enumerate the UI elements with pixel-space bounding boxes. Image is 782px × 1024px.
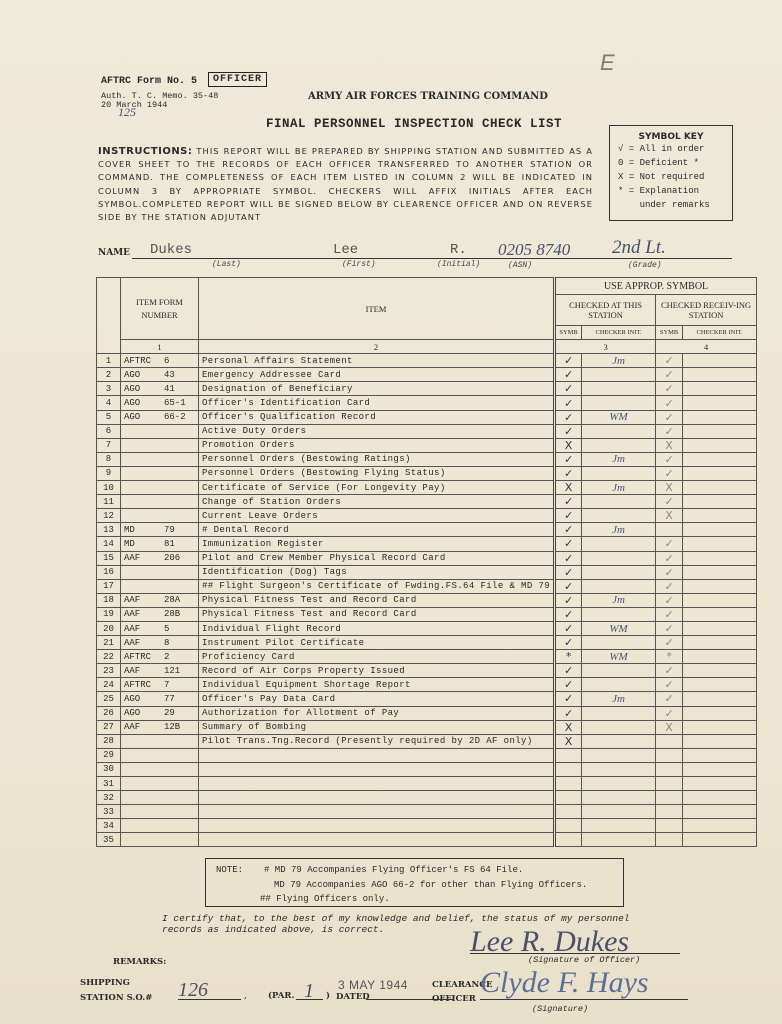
form-code: 28A (164, 595, 180, 605)
form-code: 8 (164, 638, 169, 648)
symbol-this-station[interactable] (555, 819, 582, 833)
checker-init-receiving-station[interactable] (683, 777, 757, 791)
checker-init-receiving-station[interactable] (683, 495, 757, 509)
checker-init-this-station[interactable] (582, 368, 656, 382)
symbol-this-station[interactable]: ✓ (555, 636, 582, 650)
col-number-3: 3 (555, 340, 656, 354)
symbol-receiving-station[interactable]: ✓ (656, 706, 683, 720)
item-cell: Officer's Identification Card (199, 396, 555, 410)
symbol-receiving-station[interactable] (656, 805, 683, 819)
symbol-receiving-station[interactable]: ✓ (656, 678, 683, 692)
form-number-cell (121, 791, 199, 805)
form-number-cell (121, 565, 199, 579)
symbol-this-station[interactable]: X (555, 720, 582, 734)
checker-init-this-station[interactable] (582, 382, 656, 396)
checker-init-receiving-station[interactable] (683, 791, 757, 805)
checker-init-receiving-station[interactable] (683, 650, 757, 664)
form-prefix: AGO (124, 708, 164, 718)
checker-init-this-station[interactable] (582, 466, 656, 480)
form-prefix: AGO (124, 370, 164, 380)
symbol-receiving-station[interactable]: ✓ (656, 537, 683, 551)
dated-value[interactable]: 3 MAY 1944 (338, 978, 408, 992)
symbol-this-station[interactable]: ✓ (555, 452, 582, 466)
symbol-receiving-station[interactable] (656, 777, 683, 791)
table-row: 17## Flight Surgeon's Certificate of Fwd… (97, 579, 757, 593)
symbol-receiving-station[interactable]: ✓ (656, 424, 683, 438)
checker-init-this-station[interactable] (582, 748, 656, 762)
symbol-receiving-station[interactable]: ✓ (656, 636, 683, 650)
officer-signature-caption: (Signature of Officer) (528, 955, 640, 965)
symbol-this-station[interactable]: ✓ (555, 607, 582, 621)
checker-init-this-station[interactable] (582, 805, 656, 819)
name-first[interactable]: Lee (333, 242, 358, 258)
symbol-receiving-station[interactable]: ✓ (656, 466, 683, 480)
symbol-this-station[interactable]: ✓ (555, 466, 582, 480)
checker-init-this-station[interactable] (582, 819, 656, 833)
item-cell: Officer's Qualification Record (199, 410, 555, 424)
table-row: 13MD79# Dental Record✓Jm (97, 523, 757, 537)
form-number-cell (121, 777, 199, 791)
checker-init-this-station[interactable] (582, 720, 656, 734)
last-caption: (Last) (212, 260, 241, 269)
checker-init-receiving-station[interactable] (683, 678, 757, 692)
form-prefix: AAF (124, 553, 164, 563)
form-code: 29 (164, 708, 175, 718)
symbol-this-station[interactable]: ✓ (555, 692, 582, 706)
note-line-2: MD 79 Accompanies AGO 66-2 for other tha… (274, 878, 587, 893)
checker-init-receiving-station[interactable] (683, 466, 757, 480)
item-cell: Physical Fitness Test and Record Card (199, 593, 555, 607)
checker-init-this-station[interactable]: Jm (582, 692, 656, 706)
symbol-receiving-station[interactable]: ✓ (656, 551, 683, 565)
form-prefix: AFTRC (124, 356, 164, 366)
symbol-this-station[interactable] (555, 791, 582, 805)
symbol-receiving-station[interactable]: ✓ (656, 495, 683, 509)
table-row: 20AAF5Individual Flight Record✓WM✓ (97, 621, 757, 635)
form-code: 7 (164, 680, 169, 690)
symbol-receiving-station[interactable]: X (656, 509, 683, 523)
form-number-cell: AFTRC6 (121, 354, 199, 368)
symbol-this-station[interactable]: ✓ (555, 621, 582, 635)
checker-init-this-station[interactable] (582, 678, 656, 692)
symbol-receiving-station[interactable] (656, 523, 683, 537)
symbol-receiving-station[interactable]: * (656, 650, 683, 664)
symbol-this-station[interactable]: ✓ (555, 424, 582, 438)
table-row: 7Promotion OrdersXX (97, 438, 757, 452)
form-prefix: AAF (124, 722, 164, 732)
form-code: 2 (164, 652, 169, 662)
item-cell: Physical Fitness Test and Record Card (199, 607, 555, 621)
row-number: 1 (97, 354, 121, 368)
row-number: 23 (97, 664, 121, 678)
note-line-3: ## Flying Officers only. (260, 892, 390, 907)
form-prefix: AAF (124, 609, 164, 619)
checker-init-this-station[interactable] (582, 565, 656, 579)
table-row: 27AAF12BSummary of BombingXX (97, 720, 757, 734)
header-symb-4: SYMB (656, 326, 683, 340)
symbol-this-station[interactable]: ✓ (555, 537, 582, 551)
symbol-this-station[interactable] (555, 748, 582, 762)
grade-caption: (Grade) (628, 261, 662, 270)
checker-init-receiving-station[interactable] (683, 734, 757, 748)
row-number: 14 (97, 537, 121, 551)
form-number-cell: AAF121 (121, 664, 199, 678)
symbol-this-station[interactable]: ✓ (555, 523, 582, 537)
officer-signature-line (470, 953, 680, 954)
item-cell: Summary of Bombing (199, 720, 555, 734)
symbol-this-station[interactable]: ✓ (555, 678, 582, 692)
par-label: (PAR. (268, 991, 294, 1001)
checker-init-receiving-station[interactable] (683, 692, 757, 706)
symbol-this-station[interactable]: ✓ (555, 495, 582, 509)
checker-init-this-station[interactable] (582, 537, 656, 551)
header-checker-init-4: CHECKER INIT. (683, 326, 757, 340)
checker-init-receiving-station[interactable] (683, 706, 757, 720)
checker-init-this-station[interactable] (582, 495, 656, 509)
symbol-this-station[interactable]: ✓ (555, 396, 582, 410)
symbol-key: SYMBOL KEY √ = All in order 0 = Deficien… (609, 125, 733, 221)
symbol-receiving-station[interactable]: ✓ (656, 692, 683, 706)
symbol-this-station[interactable]: ✓ (555, 509, 582, 523)
checker-init-this-station[interactable] (582, 762, 656, 776)
checker-init-receiving-station[interactable] (683, 424, 757, 438)
checker-init-this-station[interactable] (582, 607, 656, 621)
item-cell (199, 805, 555, 819)
clearance-signature-caption: (Signature) (532, 1004, 588, 1014)
table-row: 31 (97, 777, 757, 791)
checker-init-receiving-station[interactable] (683, 537, 757, 551)
col-number-2: 2 (199, 340, 555, 354)
form-code: 12B (164, 722, 180, 732)
form-code: 28B (164, 609, 180, 619)
row-number: 2 (97, 368, 121, 382)
header-checker-init-3: CHECKER INIT. (582, 326, 656, 340)
checker-init-this-station[interactable]: WM (582, 650, 656, 664)
item-cell: Promotion Orders (199, 438, 555, 452)
symbol-receiving-station[interactable] (656, 791, 683, 805)
checker-init-receiving-station[interactable] (683, 579, 757, 593)
item-cell: Officer's Pay Data Card (199, 692, 555, 706)
symbol-receiving-station[interactable]: ✓ (656, 565, 683, 579)
row-number: 9 (97, 466, 121, 480)
form-code: 77 (164, 694, 175, 704)
table-row: 6Active Duty Orders✓✓ (97, 424, 757, 438)
symbol-receiving-station[interactable]: ✓ (656, 593, 683, 607)
form-number-cell: AAF5 (121, 621, 199, 635)
checker-init-receiving-station[interactable] (683, 819, 757, 833)
form-prefix: AAF (124, 638, 164, 648)
table-row: 14MD81Immunization Register✓✓ (97, 537, 757, 551)
page-title: FINAL PERSONNEL INSPECTION CHECK LIST (266, 117, 562, 131)
table-row: 23AAF121Record of Air Corps Property Iss… (97, 664, 757, 678)
symbol-receiving-station[interactable]: ✓ (656, 354, 683, 368)
symbol-receiving-station[interactable]: ✓ (656, 664, 683, 678)
symbol-receiving-station[interactable]: ✓ (656, 621, 683, 635)
symbol-receiving-station[interactable] (656, 762, 683, 776)
item-cell: Immunization Register (199, 537, 555, 551)
checker-init-this-station[interactable] (582, 438, 656, 452)
row-number: 16 (97, 565, 121, 579)
checker-init-this-station[interactable] (582, 706, 656, 720)
checker-init-this-station[interactable]: WM (582, 621, 656, 635)
checker-init-this-station[interactable]: WM (582, 410, 656, 424)
symbol-receiving-station[interactable]: ✓ (656, 368, 683, 382)
symbol-receiving-station[interactable] (656, 734, 683, 748)
checker-init-this-station[interactable] (582, 734, 656, 748)
certification-line-1: I certify that, to the best of my knowle… (162, 913, 629, 924)
checker-init-this-station[interactable]: Jm (582, 354, 656, 368)
instructions: INSTRUCTIONS: THIS REPORT WILL BE PREPAR… (98, 145, 593, 224)
row-number: 6 (97, 424, 121, 438)
item-cell (199, 833, 555, 847)
note-box: NOTE: # MD 79 Accompanies Flying Officer… (205, 858, 624, 907)
checker-init-receiving-station[interactable] (683, 833, 757, 847)
checker-init-this-station[interactable]: Jm (582, 593, 656, 607)
symbol-this-station[interactable] (555, 805, 582, 819)
form-code: 79 (164, 525, 175, 535)
symbol-key-row: X = Not required (618, 170, 732, 184)
checker-init-receiving-station[interactable] (683, 382, 757, 396)
form-code: 121 (164, 666, 180, 676)
comma: , (244, 991, 247, 1001)
checker-init-this-station[interactable] (582, 664, 656, 678)
checker-init-receiving-station[interactable] (683, 438, 757, 452)
table-row: 8Personnel Orders (Bestowing Ratings)✓Jm… (97, 452, 757, 466)
symbol-this-station[interactable]: ✓ (555, 410, 582, 424)
checker-init-receiving-station[interactable] (683, 452, 757, 466)
checker-init-receiving-station[interactable] (683, 410, 757, 424)
checker-init-this-station[interactable] (582, 424, 656, 438)
form-number-cell: AFTRC2 (121, 650, 199, 664)
par-close: ) (326, 991, 330, 1001)
form-number-cell (121, 748, 199, 762)
row-number: 7 (97, 438, 121, 452)
symbol-this-station[interactable]: ✓ (555, 664, 582, 678)
item-cell: Record of Air Corps Property Issued (199, 664, 555, 678)
table-row: 10Certificate of Service (For Longevity … (97, 481, 757, 495)
symbol-receiving-station[interactable]: ✓ (656, 579, 683, 593)
shipping-label-1: SHIPPING (80, 976, 152, 991)
form-number-cell: AGO65-1 (121, 396, 199, 410)
table-row: 28Pilot Trans.Tng.Record (Presently requ… (97, 734, 757, 748)
header-blank (97, 278, 121, 354)
symbol-receiving-station[interactable]: ✓ (656, 607, 683, 621)
checker-init-receiving-station[interactable] (683, 621, 757, 635)
symbol-key-row: under remarks (618, 198, 732, 212)
name-grade[interactable]: 2nd Lt. (612, 237, 666, 259)
officer-tag: OFFICER (208, 72, 267, 87)
item-cell: Emergency Addressee Card (199, 368, 555, 382)
symbol-receiving-station[interactable] (656, 748, 683, 762)
checker-init-this-station[interactable]: Jm (582, 523, 656, 537)
clearance-signature[interactable]: Clyde F. Hays (480, 966, 649, 1000)
form-number-cell (121, 424, 199, 438)
form-number-cell (121, 819, 199, 833)
checker-init-receiving-station[interactable] (683, 523, 757, 537)
row-number: 10 (97, 481, 121, 495)
symbol-receiving-station[interactable] (656, 833, 683, 847)
form-code: 81 (164, 539, 175, 549)
form-number-cell (121, 762, 199, 776)
row-number: 26 (97, 706, 121, 720)
item-cell: Instrument Pilot Certificate (199, 636, 555, 650)
shipping-label: SHIPPING STATION S.O.# (80, 976, 152, 1006)
form-number-cell: AAF28B (121, 607, 199, 621)
symbol-this-station[interactable]: ✓ (555, 368, 582, 382)
so-number-line (178, 999, 241, 1000)
symbol-receiving-station[interactable]: X (656, 720, 683, 734)
form-number-cell: AGO41 (121, 382, 199, 396)
row-number: 13 (97, 523, 121, 537)
table-row: 33 (97, 805, 757, 819)
symbol-key-title: SYMBOL KEY (610, 132, 732, 142)
form-number-cell: AGO66-2 (121, 410, 199, 424)
table-row: 35 (97, 833, 757, 847)
checker-init-receiving-station[interactable] (683, 354, 757, 368)
symbol-this-station[interactable]: ✓ (555, 354, 582, 368)
checker-init-receiving-station[interactable] (683, 481, 757, 495)
row-number: 35 (97, 833, 121, 847)
checker-init-receiving-station[interactable] (683, 565, 757, 579)
checker-init-receiving-station[interactable] (683, 551, 757, 565)
form-code: 206 (164, 553, 180, 563)
item-cell: Personnel Orders (Bestowing Ratings) (199, 452, 555, 466)
symbol-this-station[interactable] (555, 762, 582, 776)
item-cell (199, 762, 555, 776)
clearance-signature-line (480, 999, 688, 1000)
symbol-this-station[interactable]: ✓ (555, 706, 582, 720)
symbol-this-station[interactable]: ✓ (555, 551, 582, 565)
row-number: 32 (97, 791, 121, 805)
row-number: 20 (97, 621, 121, 635)
checker-init-this-station[interactable] (582, 509, 656, 523)
symbol-receiving-station[interactable] (656, 819, 683, 833)
checker-init-receiving-station[interactable] (683, 593, 757, 607)
name-initial[interactable]: R. (450, 242, 467, 258)
item-cell (199, 748, 555, 762)
item-cell: Personal Affairs Statement (199, 354, 555, 368)
row-number: 11 (97, 495, 121, 509)
form-number-cell: MD81 (121, 537, 199, 551)
symbol-this-station[interactable]: ✓ (555, 593, 582, 607)
symbol-receiving-station[interactable]: ✓ (656, 396, 683, 410)
checker-init-this-station[interactable] (582, 777, 656, 791)
form-prefix: AFTRC (124, 652, 164, 662)
checker-init-receiving-station[interactable] (683, 396, 757, 410)
form-code: 41 (164, 384, 175, 394)
form-number-cell: AGO77 (121, 692, 199, 706)
checker-init-this-station[interactable] (582, 579, 656, 593)
checker-init-receiving-station[interactable] (683, 748, 757, 762)
form-number-cell: AAF12B (121, 720, 199, 734)
row-number: 34 (97, 819, 121, 833)
checker-init-receiving-station[interactable] (683, 509, 757, 523)
form-number: AFTRC Form No. 5 (101, 76, 197, 87)
table-row: 15AAF206Pilot and Crew Member Physical R… (97, 551, 757, 565)
header-checked-receiving-station: CHECKED RECEIV-ING STATION (656, 295, 757, 326)
symbol-this-station[interactable] (555, 833, 582, 847)
form-number-cell (121, 481, 199, 495)
checker-init-receiving-station[interactable] (683, 636, 757, 650)
item-cell: Individual Equipment Shortage Report (199, 678, 555, 692)
initial-caption: (Initial) (437, 260, 480, 269)
remarks-label: REMARKS: (113, 957, 166, 967)
checker-init-this-station[interactable] (582, 551, 656, 565)
checker-init-this-station[interactable]: Jm (582, 452, 656, 466)
document-page: E AFTRC Form No. 5 OFFICER Auth. T. C. M… (0, 0, 782, 1024)
checklist-table: ITEM FORM NUMBER ITEM USE APPROP. SYMBOL… (96, 277, 757, 847)
checker-init-this-station[interactable] (582, 791, 656, 805)
table-row: 11Change of Station Orders✓✓ (97, 495, 757, 509)
form-code: 5 (164, 624, 169, 634)
symbol-this-station[interactable]: * (555, 650, 582, 664)
form-prefix: AAF (124, 666, 164, 676)
name-last[interactable]: Dukes (150, 242, 192, 258)
form-prefix: AAF (124, 624, 164, 634)
name-asn[interactable]: 0205 8740 (498, 240, 570, 260)
form-prefix: AGO (124, 384, 164, 394)
row-number: 33 (97, 805, 121, 819)
item-cell: Current Leave Orders (199, 509, 555, 523)
table-row: 34 (97, 819, 757, 833)
symbol-this-station[interactable]: X (555, 481, 582, 495)
table-row: 32 (97, 791, 757, 805)
form-number-cell: AGO29 (121, 706, 199, 720)
first-caption: (First) (342, 260, 376, 269)
col-number-1: 1 (121, 340, 199, 354)
symbol-receiving-station[interactable]: X (656, 481, 683, 495)
checker-init-receiving-station[interactable] (683, 805, 757, 819)
table-row: 25AGO77Officer's Pay Data Card✓Jm✓ (97, 692, 757, 706)
table-row: 24AFTRC7Individual Equipment Shortage Re… (97, 678, 757, 692)
note-label: NOTE: (216, 863, 243, 878)
asn-caption: (ASN) (508, 261, 532, 270)
row-number: 12 (97, 509, 121, 523)
form-prefix: AAF (124, 595, 164, 605)
symbol-this-station[interactable]: ✓ (555, 565, 582, 579)
row-number: 28 (97, 734, 121, 748)
checker-init-this-station[interactable] (582, 396, 656, 410)
checker-init-receiving-station[interactable] (683, 607, 757, 621)
symbol-this-station[interactable]: ✓ (555, 382, 582, 396)
header-use-symbol: USE APPROP. SYMBOL (555, 278, 757, 295)
col-number-4: 4 (656, 340, 757, 354)
symbol-this-station[interactable]: ✓ (555, 579, 582, 593)
form-number-cell (121, 466, 199, 480)
form-number-cell (121, 579, 199, 593)
checker-init-receiving-station[interactable] (683, 720, 757, 734)
symbol-this-station[interactable]: X (555, 734, 582, 748)
symbol-receiving-station[interactable]: X (656, 438, 683, 452)
shipping-label-2: STATION S.O.# (80, 991, 152, 1006)
checker-init-this-station[interactable] (582, 636, 656, 650)
table-row: 16Identification (Dog) Tags✓✓ (97, 565, 757, 579)
symbol-receiving-station[interactable]: ✓ (656, 382, 683, 396)
checker-init-this-station[interactable]: Jm (582, 481, 656, 495)
checker-init-receiving-station[interactable] (683, 368, 757, 382)
symbol-receiving-station[interactable]: ✓ (656, 410, 683, 424)
checker-init-this-station[interactable] (582, 833, 656, 847)
symbol-receiving-station[interactable]: ✓ (656, 452, 683, 466)
symbol-this-station[interactable]: X (555, 438, 582, 452)
row-number: 18 (97, 593, 121, 607)
symbol-this-station[interactable] (555, 777, 582, 791)
checker-init-receiving-station[interactable] (683, 664, 757, 678)
form-number-cell: AFTRC7 (121, 678, 199, 692)
item-cell (199, 777, 555, 791)
checker-init-receiving-station[interactable] (683, 762, 757, 776)
form-number-cell (121, 734, 199, 748)
